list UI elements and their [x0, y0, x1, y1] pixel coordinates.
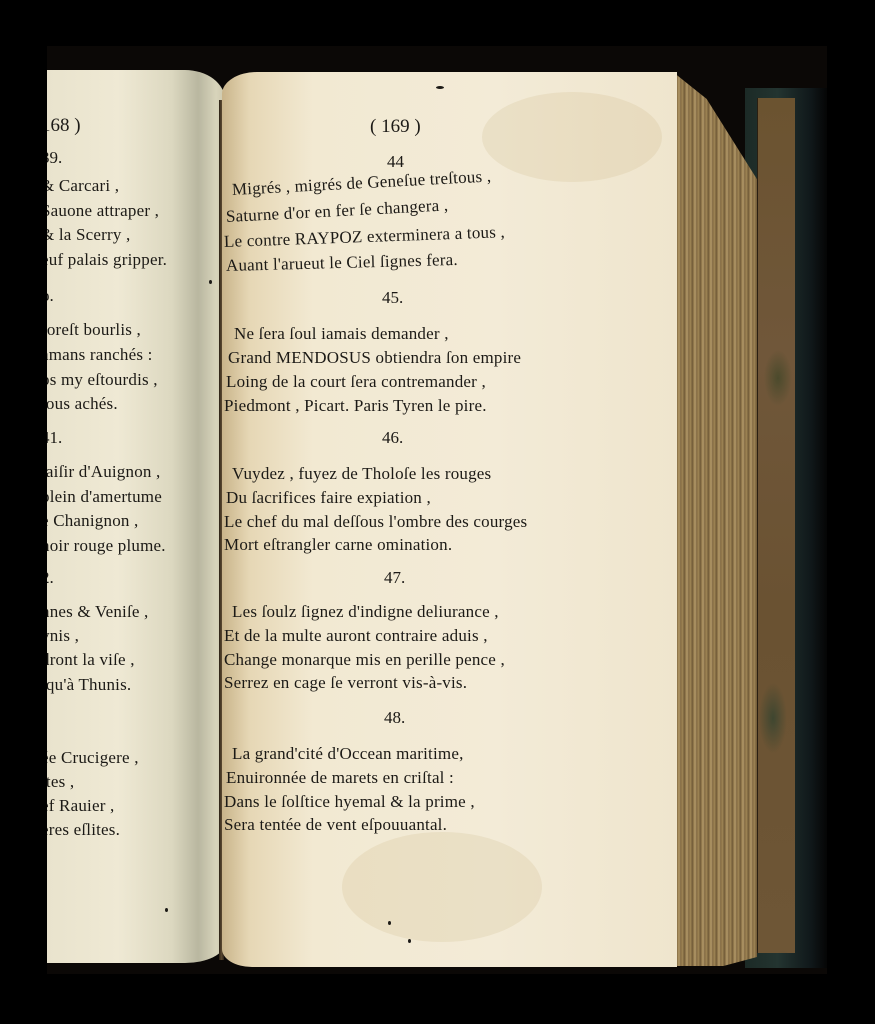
verse-line: Dans le ſolſtice hyemal & la prime ,	[224, 792, 475, 812]
verse-line: & Carcari ,	[47, 176, 119, 196]
paper-stain	[342, 832, 542, 942]
page-block-fore-edge	[673, 72, 757, 966]
verse-line: Enuironnée de marets en criſtal :	[226, 768, 454, 788]
verse-line: amans ranchés :	[47, 345, 153, 365]
verse-line: Loing de la court ſera contremander ,	[226, 372, 486, 392]
verse-line: nnes & Veniſe ,	[47, 602, 149, 622]
right-page: ( 169 ) 44 Migrés , migrés de Geneſue tr…	[222, 72, 677, 967]
verse-line: Sera tentée de vent eſpouuantal.	[224, 815, 447, 835]
verse-line: noir rouge plume.	[47, 536, 166, 556]
verse-line: plein d'amertume	[47, 487, 162, 507]
verse-line: dront la viſe ,	[47, 650, 135, 670]
verse-line: ée Crucigere ,	[47, 748, 139, 768]
section-number: o.	[47, 286, 54, 306]
verse-line: Les ſoulz ſignez d'indigne deliurance ,	[232, 602, 499, 622]
verse-line: ſaiſir d'Auignon ,	[47, 462, 161, 482]
verse-line: Du ſacrifices faire expiation ,	[226, 488, 431, 508]
verse-line: La grand'cité d'Occean maritime,	[232, 744, 464, 764]
verse-line: Le chef du mal deſſous l'ombre des courg…	[224, 512, 527, 532]
book-photo: 168 ) 39. & Carcari , Sauone attraper , …	[0, 0, 875, 1024]
ink-speck	[436, 86, 444, 89]
verse-line: Auant l'arueut le Ciel ſignes fera.	[226, 250, 458, 276]
paper-stain	[482, 92, 662, 182]
right-page-number: ( 169 )	[370, 116, 421, 138]
verse-line: Serrez en cage ſe verront vis-à-vis.	[224, 673, 467, 693]
verse-line: ps my eſtourdis ,	[47, 370, 158, 390]
marbled-endpaper	[757, 98, 795, 953]
verse-line: ef Rauier ,	[47, 796, 114, 816]
verse-line: vnis ,	[47, 626, 79, 646]
section-number: 2.	[47, 568, 54, 588]
quatrain-number: 45.	[382, 288, 403, 308]
verse-line: Migrés , migrés de Geneſue treſtous ,	[231, 166, 491, 200]
verse-line: tous achés.	[47, 394, 118, 414]
section-number: 39.	[47, 148, 62, 168]
left-page: 168 ) 39. & Carcari , Sauone attraper , …	[47, 70, 225, 963]
verse-line: eres eſlites.	[47, 820, 120, 840]
ink-speck	[388, 921, 391, 925]
verse-line: Et de la multe auront contraire aduis ,	[224, 626, 488, 646]
verse-line: Mort eſtrangler carne omination.	[224, 535, 452, 555]
verse-line: Vuydez , fuyez de Tholoſe les rouges	[232, 464, 491, 484]
quatrain-number: 46.	[382, 428, 403, 448]
verse-line: euf palais gripper.	[47, 250, 167, 270]
quatrain-number: 44	[387, 152, 404, 172]
verse-line: Ne ſera ſoul iamais demander ,	[234, 324, 449, 344]
verse-line: Saturne d'or en fer ſe changera ,	[225, 195, 448, 227]
quatrain-number: 48.	[384, 708, 405, 728]
verse-line: e Chanignon ,	[47, 511, 139, 531]
left-page-number: 168 )	[47, 115, 81, 137]
verse-line: foreſt bourlis ,	[47, 320, 141, 340]
verse-line: Grand MENDOSUS obtiendra ſon empire	[228, 348, 521, 368]
quatrain-number: 47.	[384, 568, 405, 588]
ink-speck	[209, 280, 212, 284]
verse-line: Sauone attraper ,	[47, 201, 159, 221]
verse-line: Le contre RAYPOZ exterminera a tous ,	[224, 222, 506, 252]
section-number: 41.	[47, 428, 62, 448]
verse-line: ſqu'à Thunis.	[47, 675, 131, 695]
verse-line: ites ,	[47, 772, 74, 792]
verse-line: Change monarque mis en perille pence ,	[224, 650, 505, 670]
verse-line: & la Scerry ,	[47, 225, 130, 245]
ink-speck	[408, 939, 411, 943]
ink-speck	[165, 908, 168, 912]
verse-line: Piedmont , Picart. Paris Tyren le pire.	[224, 396, 487, 416]
